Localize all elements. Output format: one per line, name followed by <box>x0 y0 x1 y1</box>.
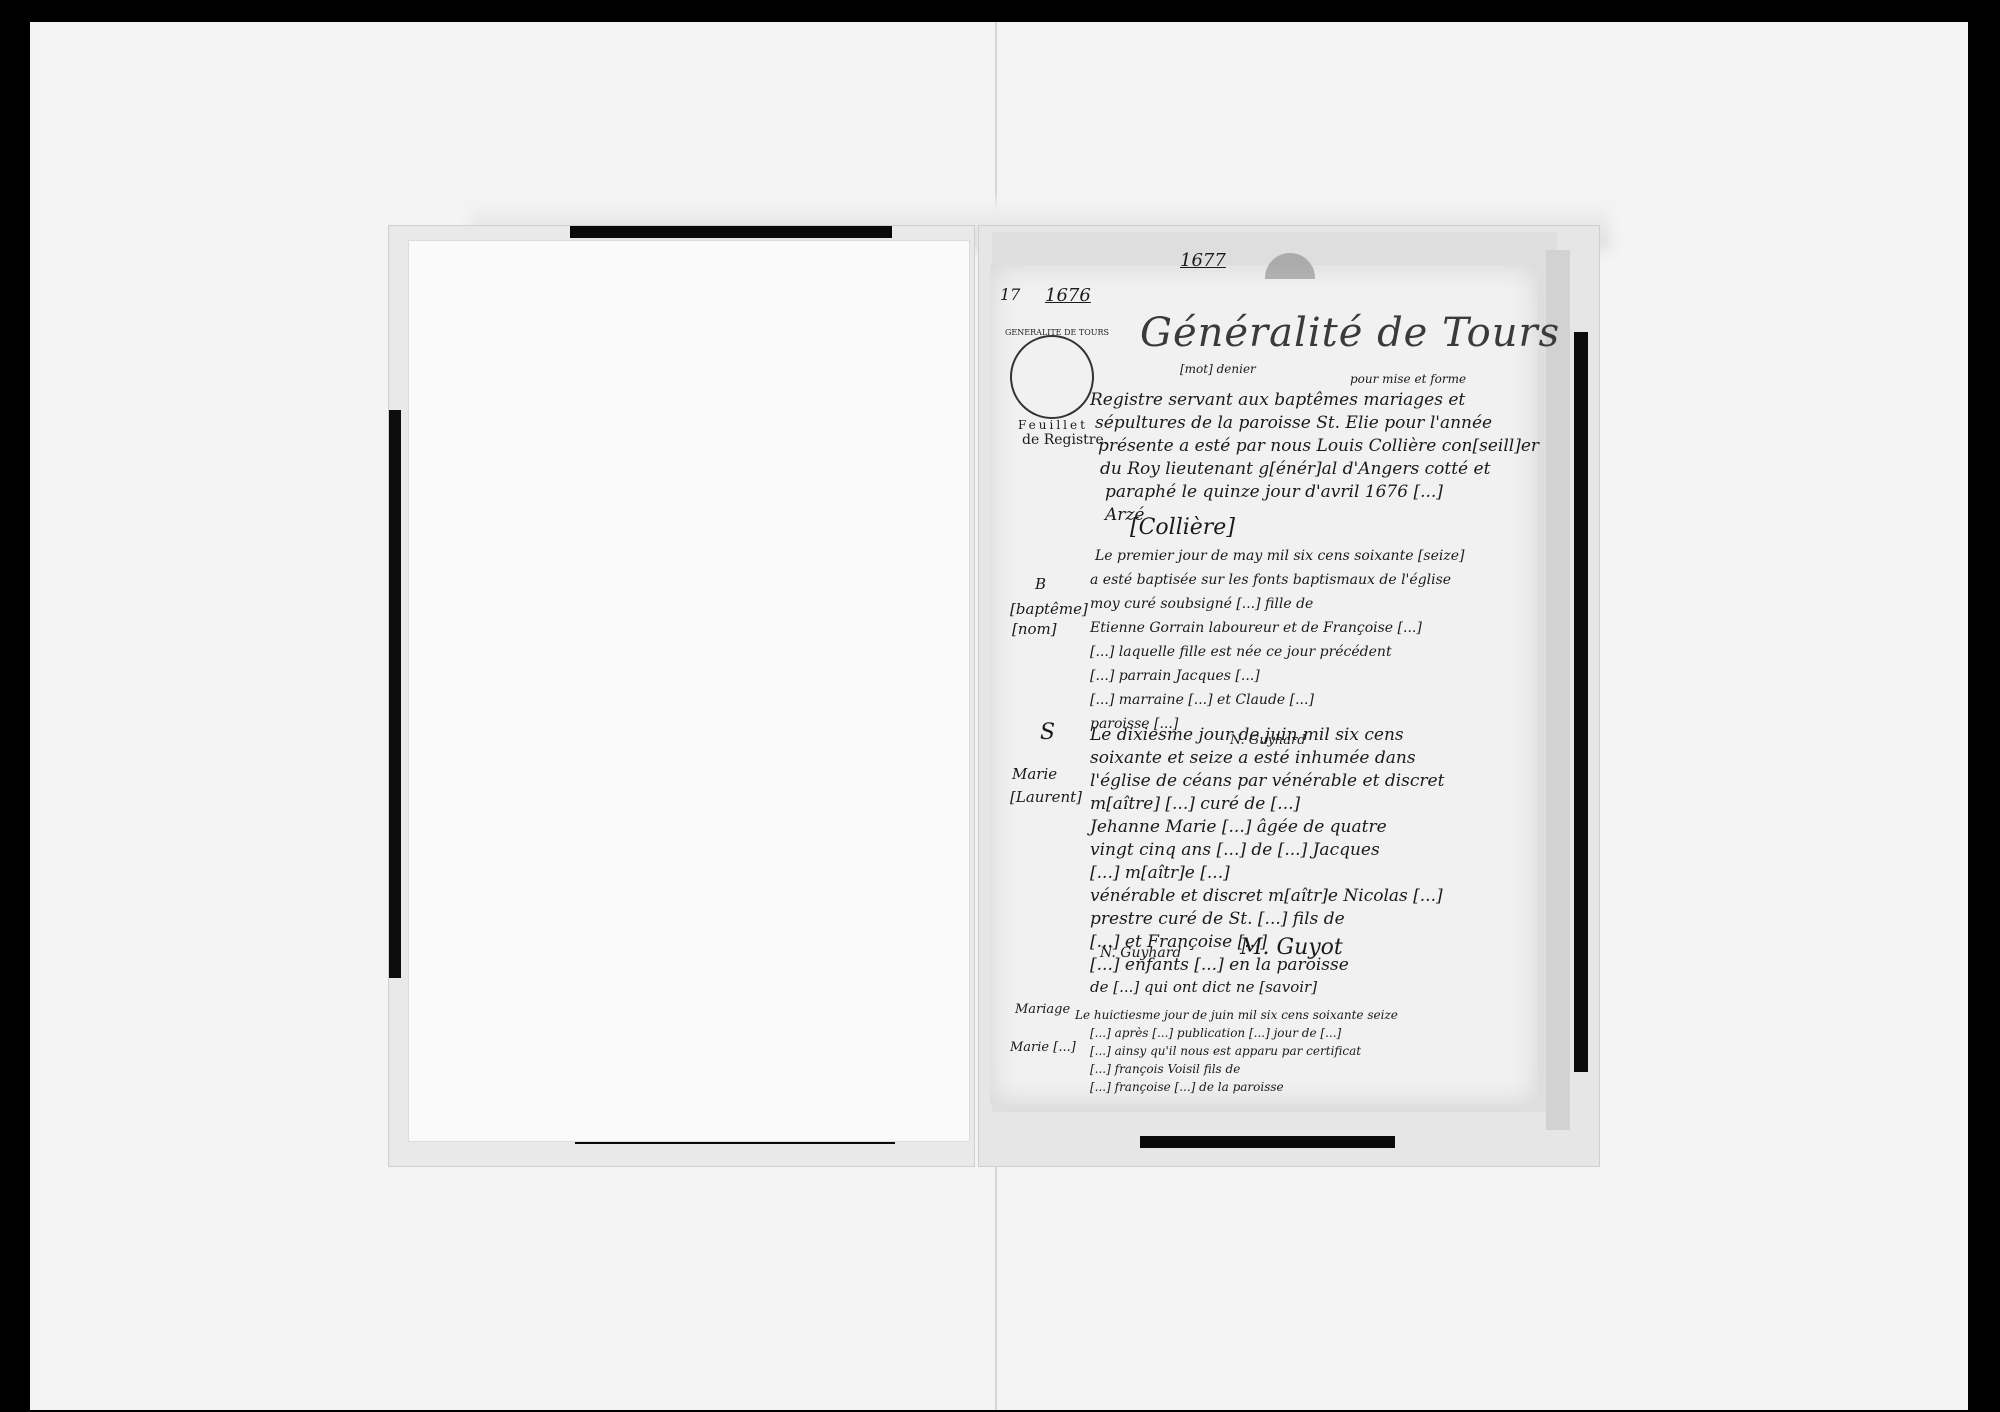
margin-note: Mariage <box>1015 1002 1070 1017</box>
register-year: 1676 <box>1045 285 1091 306</box>
margin-note: B <box>1035 575 1046 593</box>
entry-line: [...] marraine [...] et Claude [...] <box>1090 692 1314 708</box>
generality-seal-icon <box>1010 335 1094 419</box>
margin-note: [baptême] <box>1010 600 1088 618</box>
margin-note: Marie <box>1012 765 1057 783</box>
entry-line: [...] laquelle fille est née ce jour pré… <box>1090 644 1392 660</box>
blank-endpaper <box>408 240 970 1142</box>
page-edges-strip <box>1546 250 1570 1130</box>
seal-text: GENERALITE DE TOURS <box>1005 328 1097 337</box>
entry-line: Le premier jour de may mil six cens soix… <box>1095 548 1464 564</box>
entry-line: [...] ainsy qu'il nous est apparu par ce… <box>1090 1044 1361 1058</box>
intro-line: paraphé le quinze jour d'avril 1676 [...… <box>1105 482 1443 502</box>
margin-note: [nom] <box>1012 620 1057 638</box>
entry-line: m[aître] [...] curé de [...] <box>1090 794 1300 814</box>
entry-line: [...] m[aîtr]e [...] <box>1090 863 1230 883</box>
margin-note: Marie [...] <box>1010 1040 1076 1055</box>
entry-line: Etienne Gorrain laboureur et de François… <box>1090 620 1422 636</box>
subheading-left: [mot] denier <box>1180 362 1256 376</box>
entry-line: soixante et seize a esté inhumée dans <box>1090 748 1416 768</box>
stamp-sublabel: de Registre. <box>1022 432 1108 448</box>
intro-line: sépultures de la paroisse St. Elie pour … <box>1095 413 1492 433</box>
right-board-edge-bottom <box>1140 1136 1395 1148</box>
entry-line: vénérable et discret m[aîtr]e Nicolas [.… <box>1090 886 1443 906</box>
subheading-right: pour mise et forme <box>1350 372 1466 386</box>
folio-number-left: 17 <box>1000 285 1020 304</box>
entry-line: [...] après [...] publication [...] jour… <box>1090 1026 1341 1040</box>
intro-line: Registre servant aux baptêmes mariages e… <box>1090 390 1465 410</box>
intro-signature: [Collière] <box>1130 515 1235 540</box>
intro-line: du Roy lieutenant g[énér]al d'Angers cot… <box>1100 459 1490 479</box>
entry-line: Le dixiesme jour de juin mil six cens <box>1090 725 1404 745</box>
folio-number-top: 1677 <box>1180 250 1226 271</box>
entry-line: [...] parrain Jacques [...] <box>1090 668 1260 684</box>
intro-line: présente a esté par nous Louis Collière … <box>1098 436 1539 456</box>
entry-line: moy curé soubsigné [...] fille de <box>1090 596 1313 612</box>
right-board-edge-side <box>1574 332 1588 1072</box>
entry-line: l'église de céans par vénérable et discr… <box>1090 771 1444 791</box>
left-board-edge-side <box>389 410 401 978</box>
entry-line: [...] françoise [...] de la paroisse <box>1090 1080 1284 1094</box>
entry-line: de [...] qui ont dict ne [savoir] <box>1090 978 1317 996</box>
entry-line: vingt cinq ans [...] de [...] Jacques <box>1090 840 1380 860</box>
signature: N. Guyhard <box>1100 945 1181 961</box>
entry-line: [...] françois Voisil fils de <box>1090 1062 1240 1076</box>
entry-line: Jehanne Marie [...] âgée de quatre <box>1090 817 1387 837</box>
printed-header-title: Généralité de Tours <box>1140 310 1560 356</box>
entry-line: a esté baptisée sur les fonts baptismaux… <box>1090 572 1451 588</box>
stamp-label: Feuillet <box>1018 418 1088 432</box>
entry-line: prestre curé de St. [...] fils de <box>1090 909 1345 929</box>
entry-line: Le huictiesme jour de juin mil six cens … <box>1075 1008 1398 1022</box>
margin-note: S <box>1040 720 1055 745</box>
signature: M. Guyot <box>1240 935 1343 960</box>
left-board-edge-top <box>570 226 892 238</box>
margin-note: [Laurent] <box>1010 788 1082 806</box>
